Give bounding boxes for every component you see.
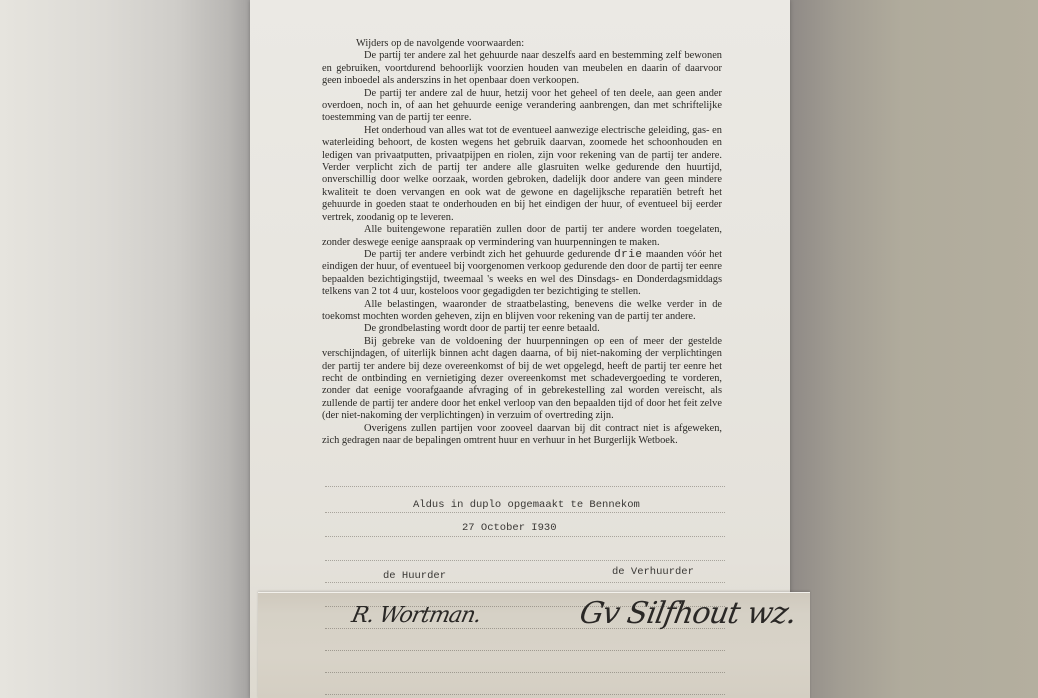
dotted-line xyxy=(325,582,725,583)
dotted-line xyxy=(325,672,725,673)
clause-usage: De partij ter andere zal het gehuurde na… xyxy=(322,50,722,87)
clause-maintenance: Het onderhoud van alles wat tot de event… xyxy=(322,125,722,224)
clause-taxes: Alle belastingen, waaronder de straatbel… xyxy=(322,299,722,324)
dotted-line xyxy=(325,536,725,537)
landlord-signature: Gv Silfhout wz. xyxy=(577,596,799,631)
tenant-signature: R. Wortman. xyxy=(349,603,483,628)
dotted-line xyxy=(325,512,725,513)
clause-civil-code: Overigens zullen partijen voor zooveel d… xyxy=(322,423,722,448)
place-line: Aldus in duplo opgemaakt te Bennekom xyxy=(413,499,640,511)
background-right xyxy=(790,0,1038,698)
filled-months-value: drie xyxy=(614,249,642,261)
dotted-line xyxy=(325,650,725,651)
dotted-line xyxy=(325,486,725,487)
clause-repairs: Alle buitengewone reparatiën zullen door… xyxy=(322,224,722,249)
landlord-label: de Verhuurder xyxy=(612,566,694,578)
tenant-label: de Huurder xyxy=(383,570,446,582)
dotted-line xyxy=(325,560,725,561)
intro-line: Wijders op de navolgende voorwaarden: xyxy=(322,38,722,50)
date-line: 27 October I930 xyxy=(462,522,557,534)
clause-default: Bij gebreke van de voldoening der huurpe… xyxy=(322,336,722,423)
dotted-line xyxy=(325,694,725,695)
clause-viewing: De partij ter andere verbindt zich het g… xyxy=(322,249,722,299)
clause-viewing-before: De partij ter andere verbindt zich het g… xyxy=(364,249,614,260)
clause-sublet: De partij ter andere zal de huur, hetzij… xyxy=(322,88,722,125)
contract-body: Wijders op de navolgende voorwaarden: De… xyxy=(322,38,722,447)
clause-land-tax: De grondbelasting wordt door de partij t… xyxy=(322,323,722,335)
